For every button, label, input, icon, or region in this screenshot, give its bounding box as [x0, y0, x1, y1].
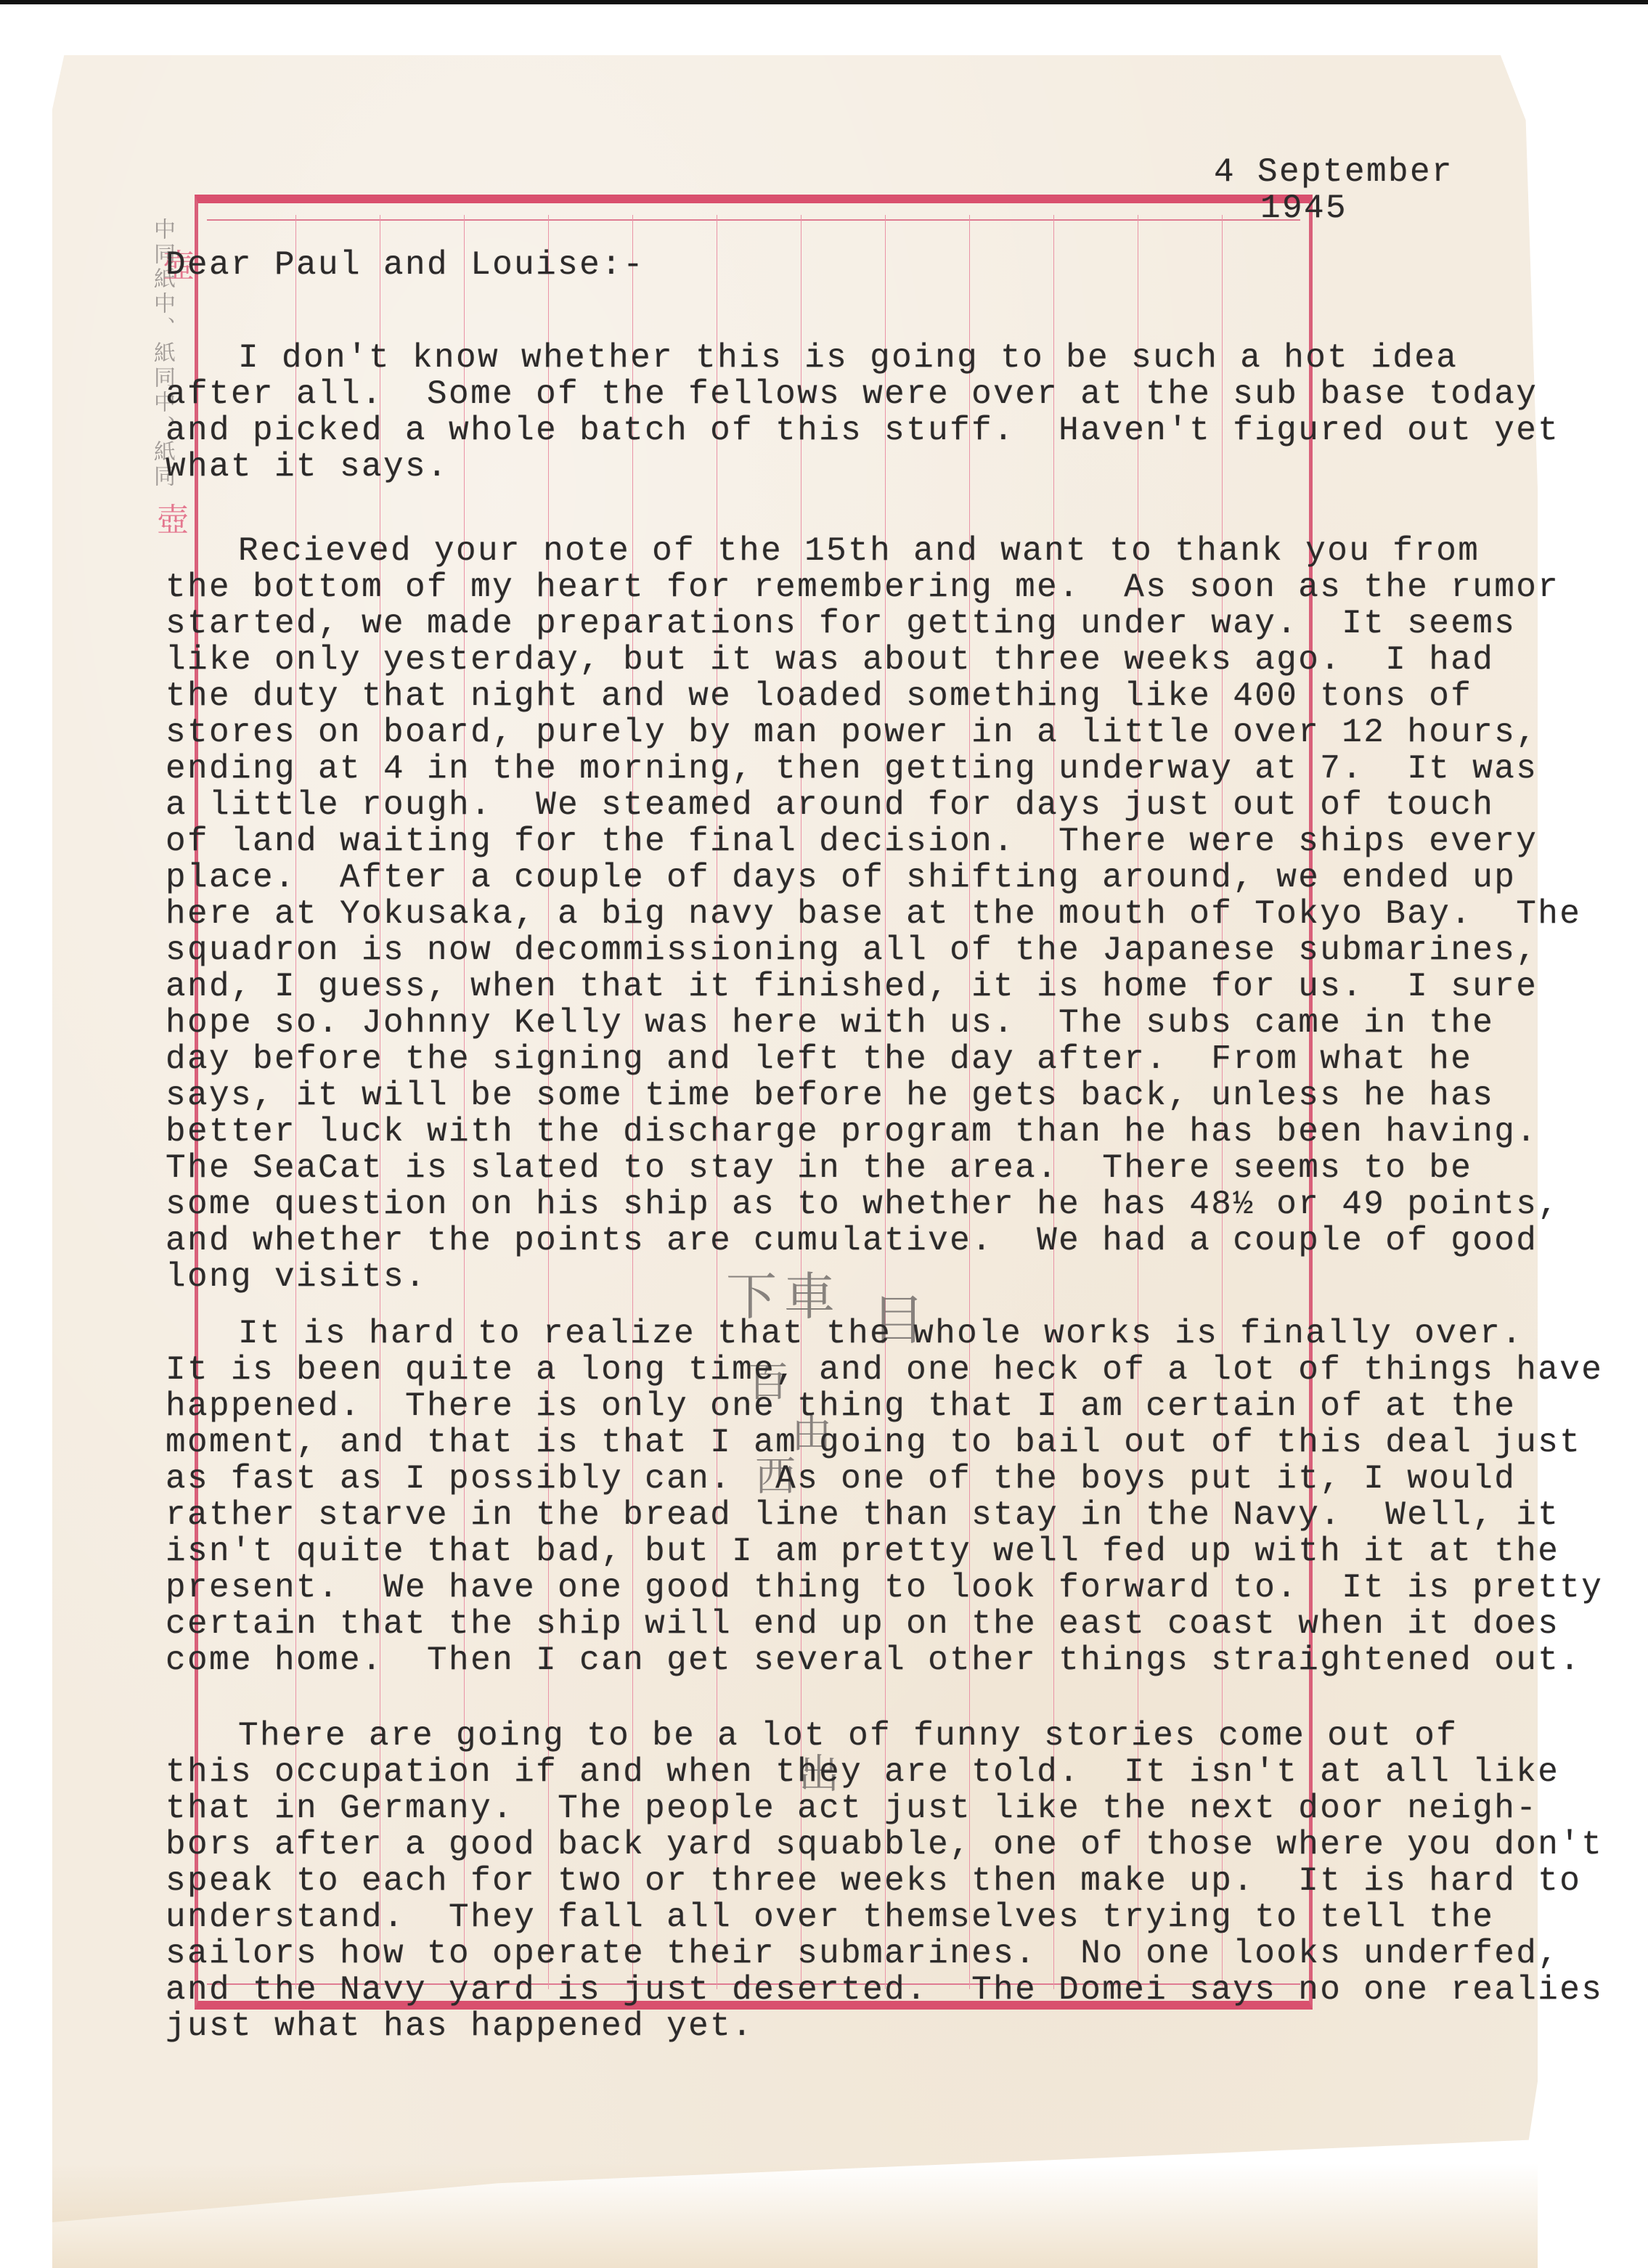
typed-line: a little rough. We steamed around for da…: [166, 787, 1581, 823]
letter-date: 4 September: [1214, 154, 1453, 190]
typed-line: It is hard to realize that the whole wor…: [166, 1315, 1603, 1352]
typed-line: long visits.: [166, 1259, 1581, 1295]
typed-line: started, we made preparations for gettin…: [166, 605, 1581, 642]
typed-line: The SeaCat is slated to stay in the area…: [166, 1150, 1581, 1186]
typed-line: moment, and that is that I am going to b…: [166, 1424, 1603, 1461]
typed-line: ending at 4 in the morning, then getting…: [166, 751, 1581, 787]
typed-line: bors after a good back yard squabble, on…: [166, 1827, 1603, 1863]
typed-line: understand. They fall all over themselve…: [166, 1899, 1603, 1935]
typed-line: the duty that night and we loaded someth…: [166, 678, 1581, 714]
typed-line: like only yesterday, but it was about th…: [166, 642, 1581, 678]
typed-line: as fast as I possibly can. As one of the…: [166, 1461, 1603, 1497]
typed-line: I don't know whether this is going to be…: [166, 340, 1559, 376]
typed-line: come home. Then I can get several other …: [166, 1642, 1603, 1678]
typed-line: here at Yokusaka, a big navy base at the…: [166, 896, 1581, 932]
typed-line: some question on his ship as to whether …: [166, 1186, 1581, 1223]
typed-line: present. We have one good thing to look …: [166, 1570, 1603, 1606]
typed-line: this occupation if and when they are tol…: [166, 1754, 1603, 1790]
typed-line: stores on board, purely by man power in …: [166, 714, 1581, 751]
typed-line: squadron is now decommissioning all of t…: [166, 932, 1581, 968]
salutation: Dear Paul and Louise:-: [166, 247, 645, 283]
typed-line: day before the signing and left the day …: [166, 1041, 1581, 1077]
paragraph-3: It is hard to realize that the whole wor…: [166, 1315, 1603, 1678]
scan-top-border: [0, 0, 1648, 4]
typed-line: just what has happened yet.: [166, 2008, 1603, 2044]
typed-line: place. After a couple of days of shiftin…: [166, 860, 1581, 896]
typed-line: says, it will be some time before he get…: [166, 1077, 1581, 1114]
typed-line: speak to each for two or three weeks the…: [166, 1863, 1603, 1899]
typed-line: hope so. Johnny Kelly was here with us. …: [166, 1005, 1581, 1041]
typed-line: what it says.: [166, 449, 1559, 485]
typed-line: and whether the points are cumulative. W…: [166, 1223, 1581, 1259]
typed-line: sailors how to operate their submarines.…: [166, 1935, 1603, 1972]
letter-year: 1945: [1260, 190, 1347, 227]
typed-line: better luck with the discharge program t…: [166, 1114, 1581, 1150]
typed-line: and the Navy yard is just deserted. The …: [166, 1972, 1603, 2008]
typed-line: after all. Some of the fellows were over…: [166, 376, 1559, 412]
typed-line: and, I guess, when that it finished, it …: [166, 968, 1581, 1005]
typed-line: the bottom of my heart for remembering m…: [166, 569, 1581, 605]
typed-line: of land waiting for the final decision. …: [166, 823, 1581, 860]
typed-line: Recieved your note of the 15th and want …: [166, 533, 1581, 569]
typed-line: and picked a whole batch of this stuff. …: [166, 412, 1559, 449]
paragraph-1: I don't know whether this is going to be…: [166, 340, 1559, 485]
typed-line: that in Germany. The people act just lik…: [166, 1790, 1603, 1827]
typed-line: happened. There is only one thing that I…: [166, 1388, 1603, 1424]
typed-line: There are going to be a lot of funny sto…: [166, 1718, 1603, 1754]
typed-line: It is been quite a long time, and one he…: [166, 1352, 1603, 1388]
typed-line: isn't quite that bad, but I am pretty we…: [166, 1533, 1603, 1570]
paragraph-2: Recieved your note of the 15th and want …: [166, 533, 1581, 1295]
typed-line: certain that the ship will end up on the…: [166, 1606, 1603, 1642]
paragraph-4: There are going to be a lot of funny sto…: [166, 1718, 1603, 2044]
typed-line: rather starve in the bread line than sta…: [166, 1497, 1603, 1533]
